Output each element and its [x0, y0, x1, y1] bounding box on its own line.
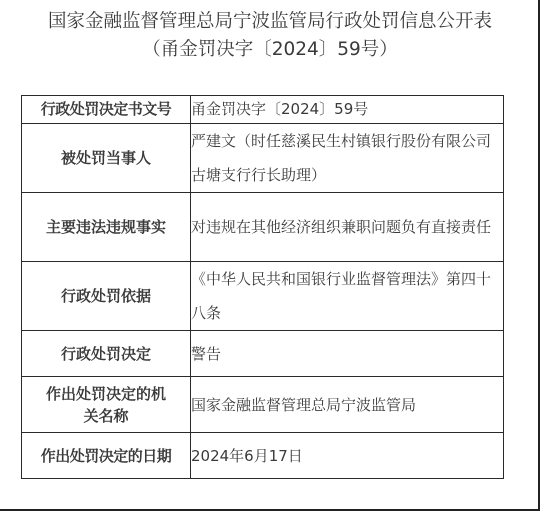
row-label: 行政处罚决定	[22, 331, 191, 377]
penalty-info-table: 行政处罚决定书文号 甬金罚决字〔2024〕59号 被处罚当事人 严建文（时任慈溪…	[21, 95, 504, 479]
row-value: 2024年6月17日	[191, 433, 504, 479]
row-value: 对违规在其他经济组织兼职问题负有直接责任	[191, 193, 504, 262]
table-row: 作出处罚决定的机关名称 国家金融监督管理总局宁波监管局	[22, 377, 504, 433]
table-row: 行政处罚依据 《中华人民共和国银行业监督管理法》第四十八条	[22, 262, 504, 331]
row-value: 警告	[191, 331, 504, 377]
row-value: 严建文（时任慈溪民生村镇银行股份有限公司古塘支行行长助理）	[191, 124, 504, 193]
table-row: 作出处罚决定的日期 2024年6月17日	[22, 433, 504, 479]
row-label: 主要违法违规事实	[22, 193, 191, 262]
row-value: 国家金融监督管理总局宁波监管局	[191, 377, 504, 433]
table-row: 主要违法违规事实 对违规在其他经济组织兼职问题负有直接责任	[22, 193, 504, 262]
table-row: 被处罚当事人 严建文（时任慈溪民生村镇银行股份有限公司古塘支行行长助理）	[22, 124, 504, 193]
page-title: 国家金融监督管理总局宁波监管局行政处罚信息公开表	[0, 8, 540, 35]
row-label: 行政处罚决定书文号	[22, 96, 191, 124]
row-label: 作出处罚决定的机关名称	[22, 377, 191, 433]
row-label: 被处罚当事人	[22, 124, 191, 193]
table-row: 行政处罚决定书文号 甬金罚决字〔2024〕59号	[22, 96, 504, 124]
row-value: 《中华人民共和国银行业监督管理法》第四十八条	[191, 262, 504, 331]
table-row: 行政处罚决定 警告	[22, 331, 504, 377]
document-number-subtitle: （甬金罚决字〔2024〕59号）	[0, 36, 540, 63]
row-label: 作出处罚决定的日期	[22, 433, 191, 479]
row-value: 甬金罚决字〔2024〕59号	[191, 96, 504, 124]
row-label: 行政处罚依据	[22, 262, 191, 331]
